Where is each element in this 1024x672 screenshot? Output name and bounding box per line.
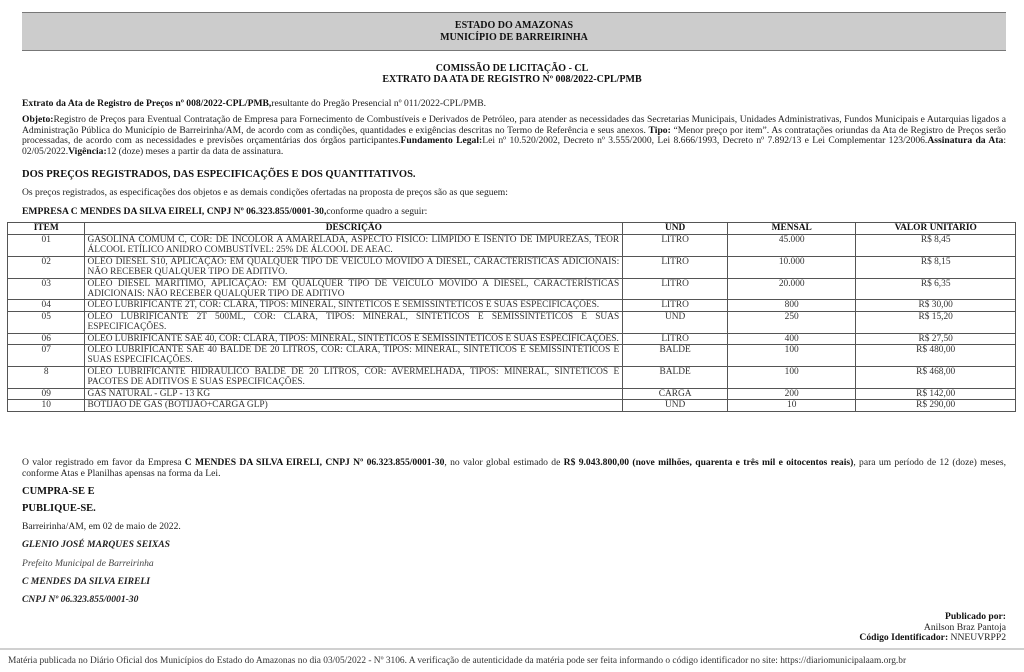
table-row: 02OLEO DIESEL S10, APLICAÇÃO: EM QUALQUE… bbox=[8, 256, 1016, 278]
cell-mensal: 20.000 bbox=[728, 278, 856, 300]
publication-info: Publicado por: Anilson Braz Pantoja Códi… bbox=[859, 612, 1006, 644]
header-banner: ESTADO DO AMAZONAS MUNICÍPIO DE BARREIRI… bbox=[22, 12, 1006, 51]
cell-mensal: 400 bbox=[728, 333, 856, 344]
table-row: 10BOTIJÃO DE GAS (BOTIJÃO+CARGA GLP)UND1… bbox=[8, 400, 1016, 411]
cell-item: 02 bbox=[8, 256, 85, 278]
section-title: DOS PREÇOS REGISTRADOS, DAS ESPECIFICAÇÕ… bbox=[22, 169, 1006, 181]
cell-und: BALDE bbox=[623, 366, 728, 388]
intro-bold: Extrato da Ata de Registro de Preços nº … bbox=[22, 98, 271, 109]
cell-mensal: 100 bbox=[728, 345, 856, 367]
identifier-label: Código Identificador: bbox=[859, 632, 948, 643]
objeto-label: Objeto: bbox=[22, 114, 53, 125]
cell-descricao: OLEO DIESEL MARITIMO, APLICAÇÃO: EM QUAL… bbox=[85, 278, 623, 300]
empresa-line: EMPRESA C MENDES DA SILVA EIRELI, CNPJ N… bbox=[22, 206, 1006, 217]
header-und: UND bbox=[623, 223, 728, 235]
objeto-paragraph: Objeto:Registro de Preços para Eventual … bbox=[22, 115, 1006, 157]
empresa-text: conforme quadro a seguir: bbox=[326, 206, 427, 217]
cell-valor: R$ 468,00 bbox=[856, 366, 1016, 388]
intro-paragraph: Extrato da Ata de Registro de Preços nº … bbox=[22, 98, 1006, 109]
table-header-row: ITEM DESCRIÇÃO UND MENSAL VALOR UNITARIO bbox=[8, 223, 1016, 235]
table-row: 06OLEO LUBRIFICANTE SAE 40, COR: CLARA, … bbox=[8, 333, 1016, 344]
vigencia-text: 12 (doze) meses a partir da data de assi… bbox=[107, 146, 284, 157]
cell-item: 8 bbox=[8, 366, 85, 388]
signatory-name-1: GLENIO JOSÉ MARQUES SEIXAS bbox=[22, 539, 170, 550]
cell-valor: R$ 290,00 bbox=[856, 400, 1016, 411]
cell-und: LITRO bbox=[623, 256, 728, 278]
section-text: Os preços registrados, as especificações… bbox=[22, 187, 1006, 198]
cell-mensal: 200 bbox=[728, 388, 856, 399]
cell-item: 05 bbox=[8, 311, 85, 333]
signatory-cnpj-2: CNPJ Nº 06.323.855/0001-30 bbox=[22, 594, 138, 605]
state-name: ESTADO DO AMAZONAS bbox=[22, 20, 1006, 32]
cell-valor: R$ 27,50 bbox=[856, 333, 1016, 344]
cell-mensal: 10 bbox=[728, 400, 856, 411]
municipality-name: MUNICÍPIO DE BARREIRINHA bbox=[22, 32, 1006, 44]
cell-item: 06 bbox=[8, 333, 85, 344]
identifier-code: NNEUVRPP2 bbox=[951, 632, 1006, 643]
cell-descricao: GASOLINA COMUM C, COR: DE INCOLOR A AMAR… bbox=[85, 235, 623, 257]
cell-und: LITRO bbox=[623, 333, 728, 344]
cell-item: 07 bbox=[8, 345, 85, 367]
cell-und: BALDE bbox=[623, 345, 728, 367]
cell-valor: R$ 8,15 bbox=[856, 256, 1016, 278]
cell-descricao: GAS NATURAL - GLP - 13 KG bbox=[85, 388, 623, 399]
document-title: COMISSÃO DE LICITAÇÃO - CL EXTRATO DA AT… bbox=[0, 63, 1024, 85]
cell-descricao: OLEO DIESEL S10, APLICAÇÃO: EM QUALQUER … bbox=[85, 256, 623, 278]
cell-valor: R$ 30,00 bbox=[856, 300, 1016, 311]
cell-valor: R$ 142,00 bbox=[856, 388, 1016, 399]
header-valor: VALOR UNITARIO bbox=[856, 223, 1016, 235]
table-row: 04OLEO LUBRIFICANTE 2T, COR: CLARA, TIPO… bbox=[8, 300, 1016, 311]
table-row: 09GAS NATURAL - GLP - 13 KGCARGA200R$ 14… bbox=[8, 388, 1016, 399]
fundamento-text: Lei nº 10.520/2002, Decreto nº 3.555/200… bbox=[482, 135, 927, 146]
valor-company: C MENDES DA SILVA EIRELI, CNPJ Nº 06.323… bbox=[185, 457, 445, 468]
cell-und: LITRO bbox=[623, 300, 728, 311]
cell-descricao: OLEO LUBRIFICANTE SAE 40 BALDE DE 20 LIT… bbox=[85, 345, 623, 367]
header-descricao: DESCRIÇÃO bbox=[85, 223, 623, 235]
cumpra-se: CUMPRA-SE E bbox=[22, 486, 1006, 498]
cell-mensal: 100 bbox=[728, 366, 856, 388]
table-row: 01GASOLINA COMUM C, COR: DE INCOLOR A AM… bbox=[8, 235, 1016, 257]
valor-registrado-paragraph: O valor registrado em favor da Empresa C… bbox=[22, 457, 1006, 479]
cell-valor: R$ 480,00 bbox=[856, 345, 1016, 367]
footer-divider bbox=[0, 648, 1024, 650]
cell-valor: R$ 8,45 bbox=[856, 235, 1016, 257]
table-row: 07OLEO LUBRIFICANTE SAE 40 BALDE DE 20 L… bbox=[8, 345, 1016, 367]
cell-valor: R$ 15,20 bbox=[856, 311, 1016, 333]
cell-item: 03 bbox=[8, 278, 85, 300]
cell-und: CARGA bbox=[623, 388, 728, 399]
tipo-label: Tipo: bbox=[649, 125, 671, 136]
header-item: ITEM bbox=[8, 223, 85, 235]
cell-item: 01 bbox=[8, 235, 85, 257]
header-mensal: MENSAL bbox=[728, 223, 856, 235]
fundamento-label: Fundamento Legal: bbox=[401, 135, 483, 146]
valor-amount: R$ 9.043.800,00 (nove milhões, quarenta … bbox=[564, 457, 854, 468]
cell-item: 09 bbox=[8, 388, 85, 399]
prices-table: ITEM DESCRIÇÃO UND MENSAL VALOR UNITARIO… bbox=[7, 222, 1016, 412]
extract-title: EXTRATO DA ATA DE REGISTRO Nº 008/2022-C… bbox=[0, 74, 1024, 85]
cell-valor: R$ 6,35 bbox=[856, 278, 1016, 300]
cell-mensal: 10.000 bbox=[728, 256, 856, 278]
publique-se: PUBLIQUE-SE. bbox=[22, 503, 1006, 515]
cell-item: 04 bbox=[8, 300, 85, 311]
valor-text-1: O valor registrado em favor da Empresa bbox=[22, 457, 185, 468]
cell-descricao: OLEO LUBRIFICANTE 2T, COR: CLARA, TIPOS:… bbox=[85, 300, 623, 311]
signatory-role-1: Prefeito Municipal de Barreirinha bbox=[22, 558, 154, 569]
cell-und: LITRO bbox=[623, 278, 728, 300]
cell-und: UND bbox=[623, 400, 728, 411]
footer-note: Matéria publicada no Diário Oficial dos … bbox=[8, 656, 906, 667]
cell-und: UND bbox=[623, 311, 728, 333]
table-row: 03OLEO DIESEL MARITIMO, APLICAÇÃO: EM QU… bbox=[8, 278, 1016, 300]
valor-text-2: , no valor global estimado de bbox=[444, 457, 563, 468]
table-row: 05OLEO LUBRIFICANTE 2T 500ML, COR: CLARA… bbox=[8, 311, 1016, 333]
signatory-name-2: C MENDES DA SILVA EIRELI bbox=[22, 576, 150, 587]
cell-descricao: OLEO LUBRIFICANTE HIDRAULICO BALDE DE 20… bbox=[85, 366, 623, 388]
cell-und: LITRO bbox=[623, 235, 728, 257]
published-by-label: Publicado por: bbox=[859, 612, 1006, 623]
cell-mensal: 250 bbox=[728, 311, 856, 333]
empresa-bold: EMPRESA C MENDES DA SILVA EIRELI, CNPJ N… bbox=[22, 206, 326, 217]
table-row: 8OLEO LUBRIFICANTE HIDRAULICO BALDE DE 2… bbox=[8, 366, 1016, 388]
cell-descricao: OLEO LUBRIFICANTE SAE 40, COR: CLARA, TI… bbox=[85, 333, 623, 344]
cell-descricao: OLEO LUBRIFICANTE 2T 500ML, COR: CLARA, … bbox=[85, 311, 623, 333]
cell-descricao: BOTIJÃO DE GAS (BOTIJÃO+CARGA GLP) bbox=[85, 400, 623, 411]
cell-item: 10 bbox=[8, 400, 85, 411]
intro-text: resultante do Pregão Presencial nº 011/2… bbox=[271, 98, 486, 109]
cell-mensal: 45.000 bbox=[728, 235, 856, 257]
assinatura-label: Assinatura da Ata bbox=[927, 135, 1003, 146]
local-data: Barreirinha/AM, em 02 de maio de 2022. bbox=[22, 521, 1006, 532]
commission-title: COMISSÃO DE LICITAÇÃO - CL bbox=[0, 63, 1024, 74]
vigencia-label: Vigência: bbox=[68, 146, 107, 157]
cell-mensal: 800 bbox=[728, 300, 856, 311]
